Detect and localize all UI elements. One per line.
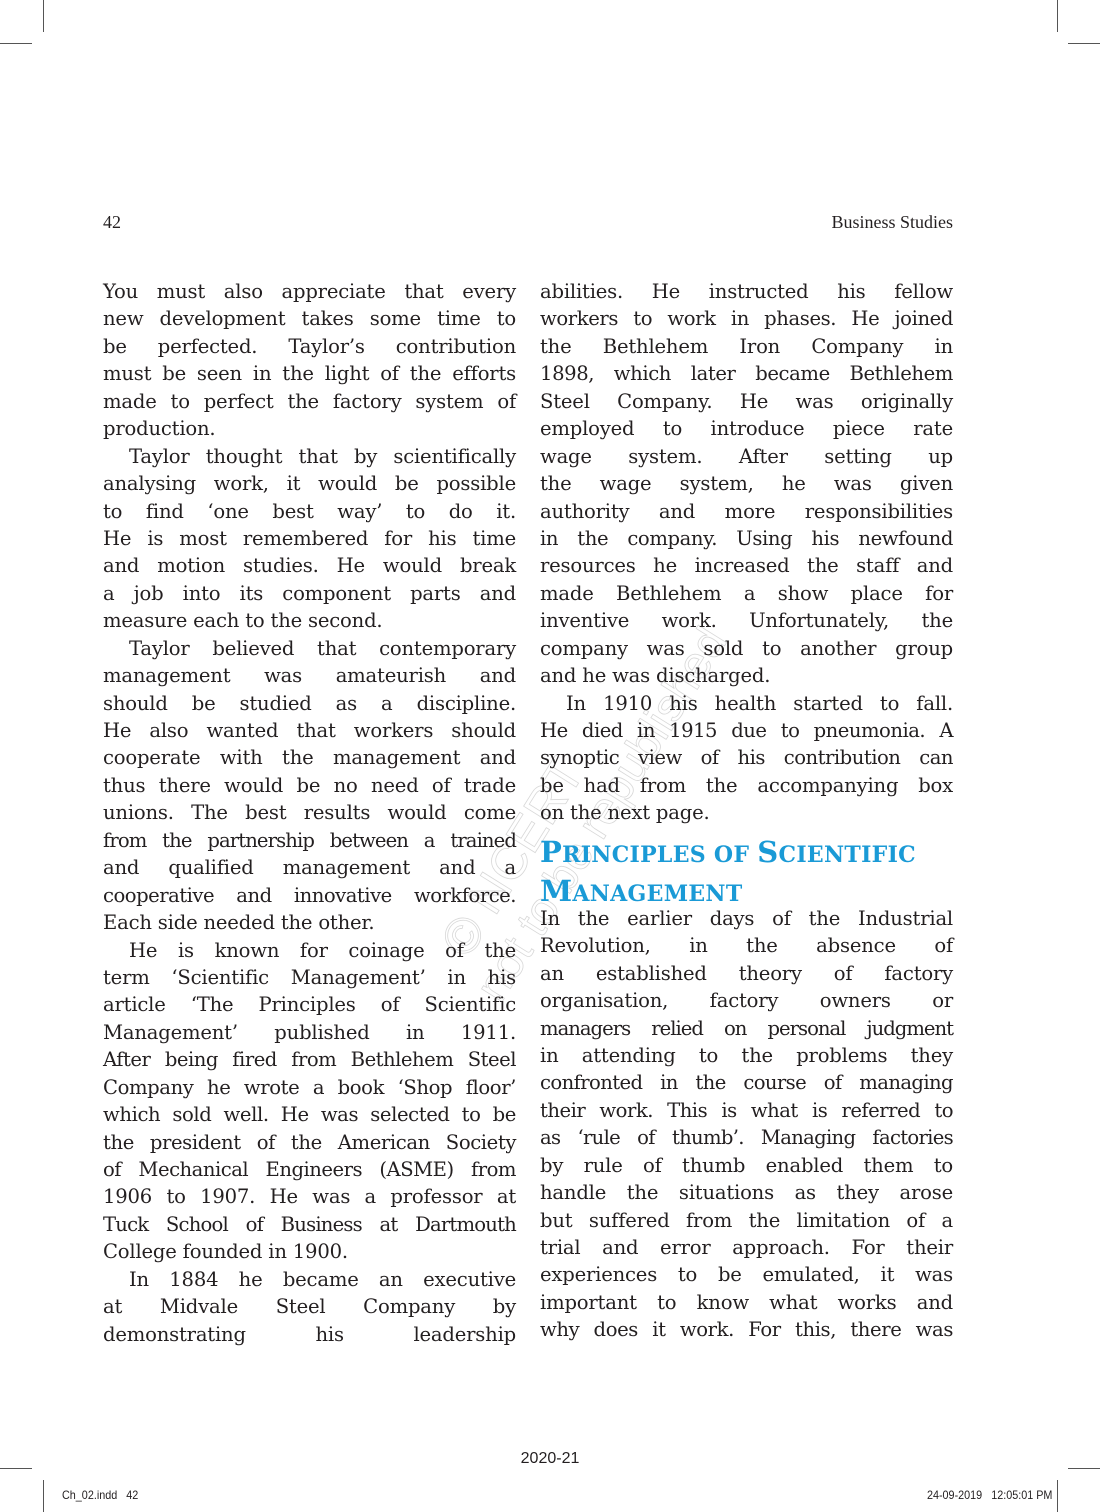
text-line: new development takes some time to xyxy=(103,305,516,332)
text-line: on the next page. xyxy=(540,799,953,826)
text-line: organisation, factory owners or xyxy=(540,987,953,1014)
text-line: abilities. He instructed his fellow xyxy=(540,278,953,305)
text-line: company was sold to another group xyxy=(540,635,953,662)
crop-mark-bottom-right-vertical xyxy=(1057,1480,1058,1512)
crop-mark-bottom-right-horizontal xyxy=(1068,1468,1100,1469)
text-line: 1898, which later became Bethlehem xyxy=(540,360,953,387)
footer-academic-year: 2020-21 xyxy=(0,1450,1100,1468)
text-line: at Midvale Steel Company by xyxy=(103,1293,516,1320)
text-line: production. xyxy=(103,415,516,442)
text-line: employed to introduce piece rate xyxy=(540,415,953,442)
text-line: by rule of thumb enabled them to xyxy=(540,1152,953,1179)
text-line: to find ‘one best way’ to do it. xyxy=(103,498,516,525)
text-line: He is known for coinage of the xyxy=(103,937,516,964)
text-line: measure each to the second. xyxy=(103,607,516,634)
heading-cap: S xyxy=(757,835,778,869)
text-line: Company he wrote a book ‘Shop floor’ xyxy=(103,1074,516,1101)
crop-mark-top-left-vertical xyxy=(43,0,44,32)
text-line: In 1910 his health started to fall. xyxy=(540,690,953,717)
crop-mark-top-left-horizontal xyxy=(0,43,32,44)
text-line: Revolution, in the absence of xyxy=(540,932,953,959)
heading-text: CIENTIFIC xyxy=(779,842,916,868)
heading-text: ANAGEMENT xyxy=(572,881,742,907)
heading-cap: P xyxy=(540,835,562,869)
crop-mark-top-right-vertical xyxy=(1057,0,1058,32)
footer-timestamp: 24-09-2019 12:05:01 PM xyxy=(927,1488,1052,1502)
text-line: a job into its component parts and xyxy=(103,580,516,607)
heading-text: RINCIPLES OF xyxy=(562,842,757,868)
text-line: must be seen in the light of the efforts xyxy=(103,360,516,387)
text-line: be had from the accompanying box xyxy=(540,772,953,799)
crop-mark-bottom-left-vertical xyxy=(43,1480,44,1512)
text-line: the president of the American Society xyxy=(103,1129,516,1156)
page-number: 42 xyxy=(103,212,121,233)
text-line: workers to work in phases. He joined xyxy=(540,305,953,332)
text-line: analysing work, it would be possible xyxy=(103,470,516,497)
text-line: and he was discharged. xyxy=(540,662,953,689)
text-line: of Mechanical Engineers (ASME) from xyxy=(103,1156,516,1183)
text-line: and motion studies. He would break xyxy=(103,552,516,579)
footer-file-name: Ch_02.indd 42 xyxy=(62,1488,138,1502)
right-column: abilities. He instructed his fellow work… xyxy=(540,278,953,1344)
text-line: synoptic view of his contribution can xyxy=(540,744,953,771)
text-line: but suffered from the limitation of a xyxy=(540,1207,953,1234)
text-line: Management’ published in 1911. xyxy=(103,1019,516,1046)
text-line: be perfected. Taylor’s contribution xyxy=(103,333,516,360)
text-line: article ‘The Principles of Scientific xyxy=(103,991,516,1018)
text-line: their work. This is what is referred to xyxy=(540,1097,953,1124)
text-line: unions. The best results would come xyxy=(103,799,516,826)
text-line: 1906 to 1907. He was a professor at xyxy=(103,1183,516,1210)
text-line: Taylor thought that by scientifically xyxy=(103,443,516,470)
text-line: resources he increased the staff and xyxy=(540,552,953,579)
text-line: managers relied on personal judgment xyxy=(540,1015,953,1042)
text-line: After being fired from Bethlehem Steel xyxy=(103,1046,516,1073)
text-line: and qualified management and a xyxy=(103,854,516,881)
text-line: College founded in 1900. xyxy=(103,1238,516,1265)
text-line: He is most remembered for his time xyxy=(103,525,516,552)
text-line: In 1884 he became an executive xyxy=(103,1266,516,1293)
text-line: experiences to be emulated, it was xyxy=(540,1261,953,1288)
text-line: term ‘Scientific Management’ in his xyxy=(103,964,516,991)
text-line: wage system. After setting up xyxy=(540,443,953,470)
heading-cap: M xyxy=(540,874,572,908)
text-line: You must also appreciate that every xyxy=(103,278,516,305)
text-line: Tuck School of Business at Dartmouth xyxy=(103,1211,516,1238)
text-line: Taylor believed that contemporary xyxy=(103,635,516,662)
text-line: authority and more responsibilities xyxy=(540,498,953,525)
text-line: the Bethlehem Iron Company in xyxy=(540,333,953,360)
text-line: an established theory of factory xyxy=(540,960,953,987)
text-line: which sold well. He was selected to be xyxy=(103,1101,516,1128)
text-line: He died in 1915 due to pneumonia. A xyxy=(540,717,953,744)
text-line: demonstrating his leadership xyxy=(103,1321,516,1348)
text-line: In the earlier days of the Industrial xyxy=(540,905,953,932)
text-line: the wage system, he was given xyxy=(540,470,953,497)
left-column: You must also appreciate that every new … xyxy=(103,278,516,1348)
text-line: Steel Company. He was originally xyxy=(540,388,953,415)
text-line: should be studied as a discipline. xyxy=(103,690,516,717)
text-line: handle the situations as they arose xyxy=(540,1179,953,1206)
text-line: why does it work. For this, there was xyxy=(540,1316,953,1343)
text-line: as ‘rule of thumb’. Managing factories xyxy=(540,1124,953,1151)
section-heading: PRINCIPLES OF SCIENTIFIC xyxy=(540,833,953,872)
text-line: important to know what works and xyxy=(540,1289,953,1316)
text-line: trial and error approach. For their xyxy=(540,1234,953,1261)
crop-mark-top-right-horizontal xyxy=(1068,43,1100,44)
text-line: made Bethlehem a show place for xyxy=(540,580,953,607)
text-line: thus there would be no need of trade xyxy=(103,772,516,799)
text-line: management was amateurish and xyxy=(103,662,516,689)
text-line: cooperate with the management and xyxy=(103,744,516,771)
text-line: in attending to the problems they xyxy=(540,1042,953,1069)
text-line: He also wanted that workers should xyxy=(103,717,516,744)
text-line: Each side needed the other. xyxy=(103,909,516,936)
text-line: from the partnership between a trained xyxy=(103,827,516,854)
text-line: inventive work. Unfortunately, the xyxy=(540,607,953,634)
crop-mark-bottom-left-horizontal xyxy=(0,1468,32,1469)
text-line: confronted in the course of managing xyxy=(540,1069,953,1096)
text-line: cooperative and innovative workforce. xyxy=(103,882,516,909)
text-line: made to perfect the factory system of xyxy=(103,388,516,415)
text-line: in the company. Using his newfound xyxy=(540,525,953,552)
running-header-title: Business Studies xyxy=(831,212,953,233)
